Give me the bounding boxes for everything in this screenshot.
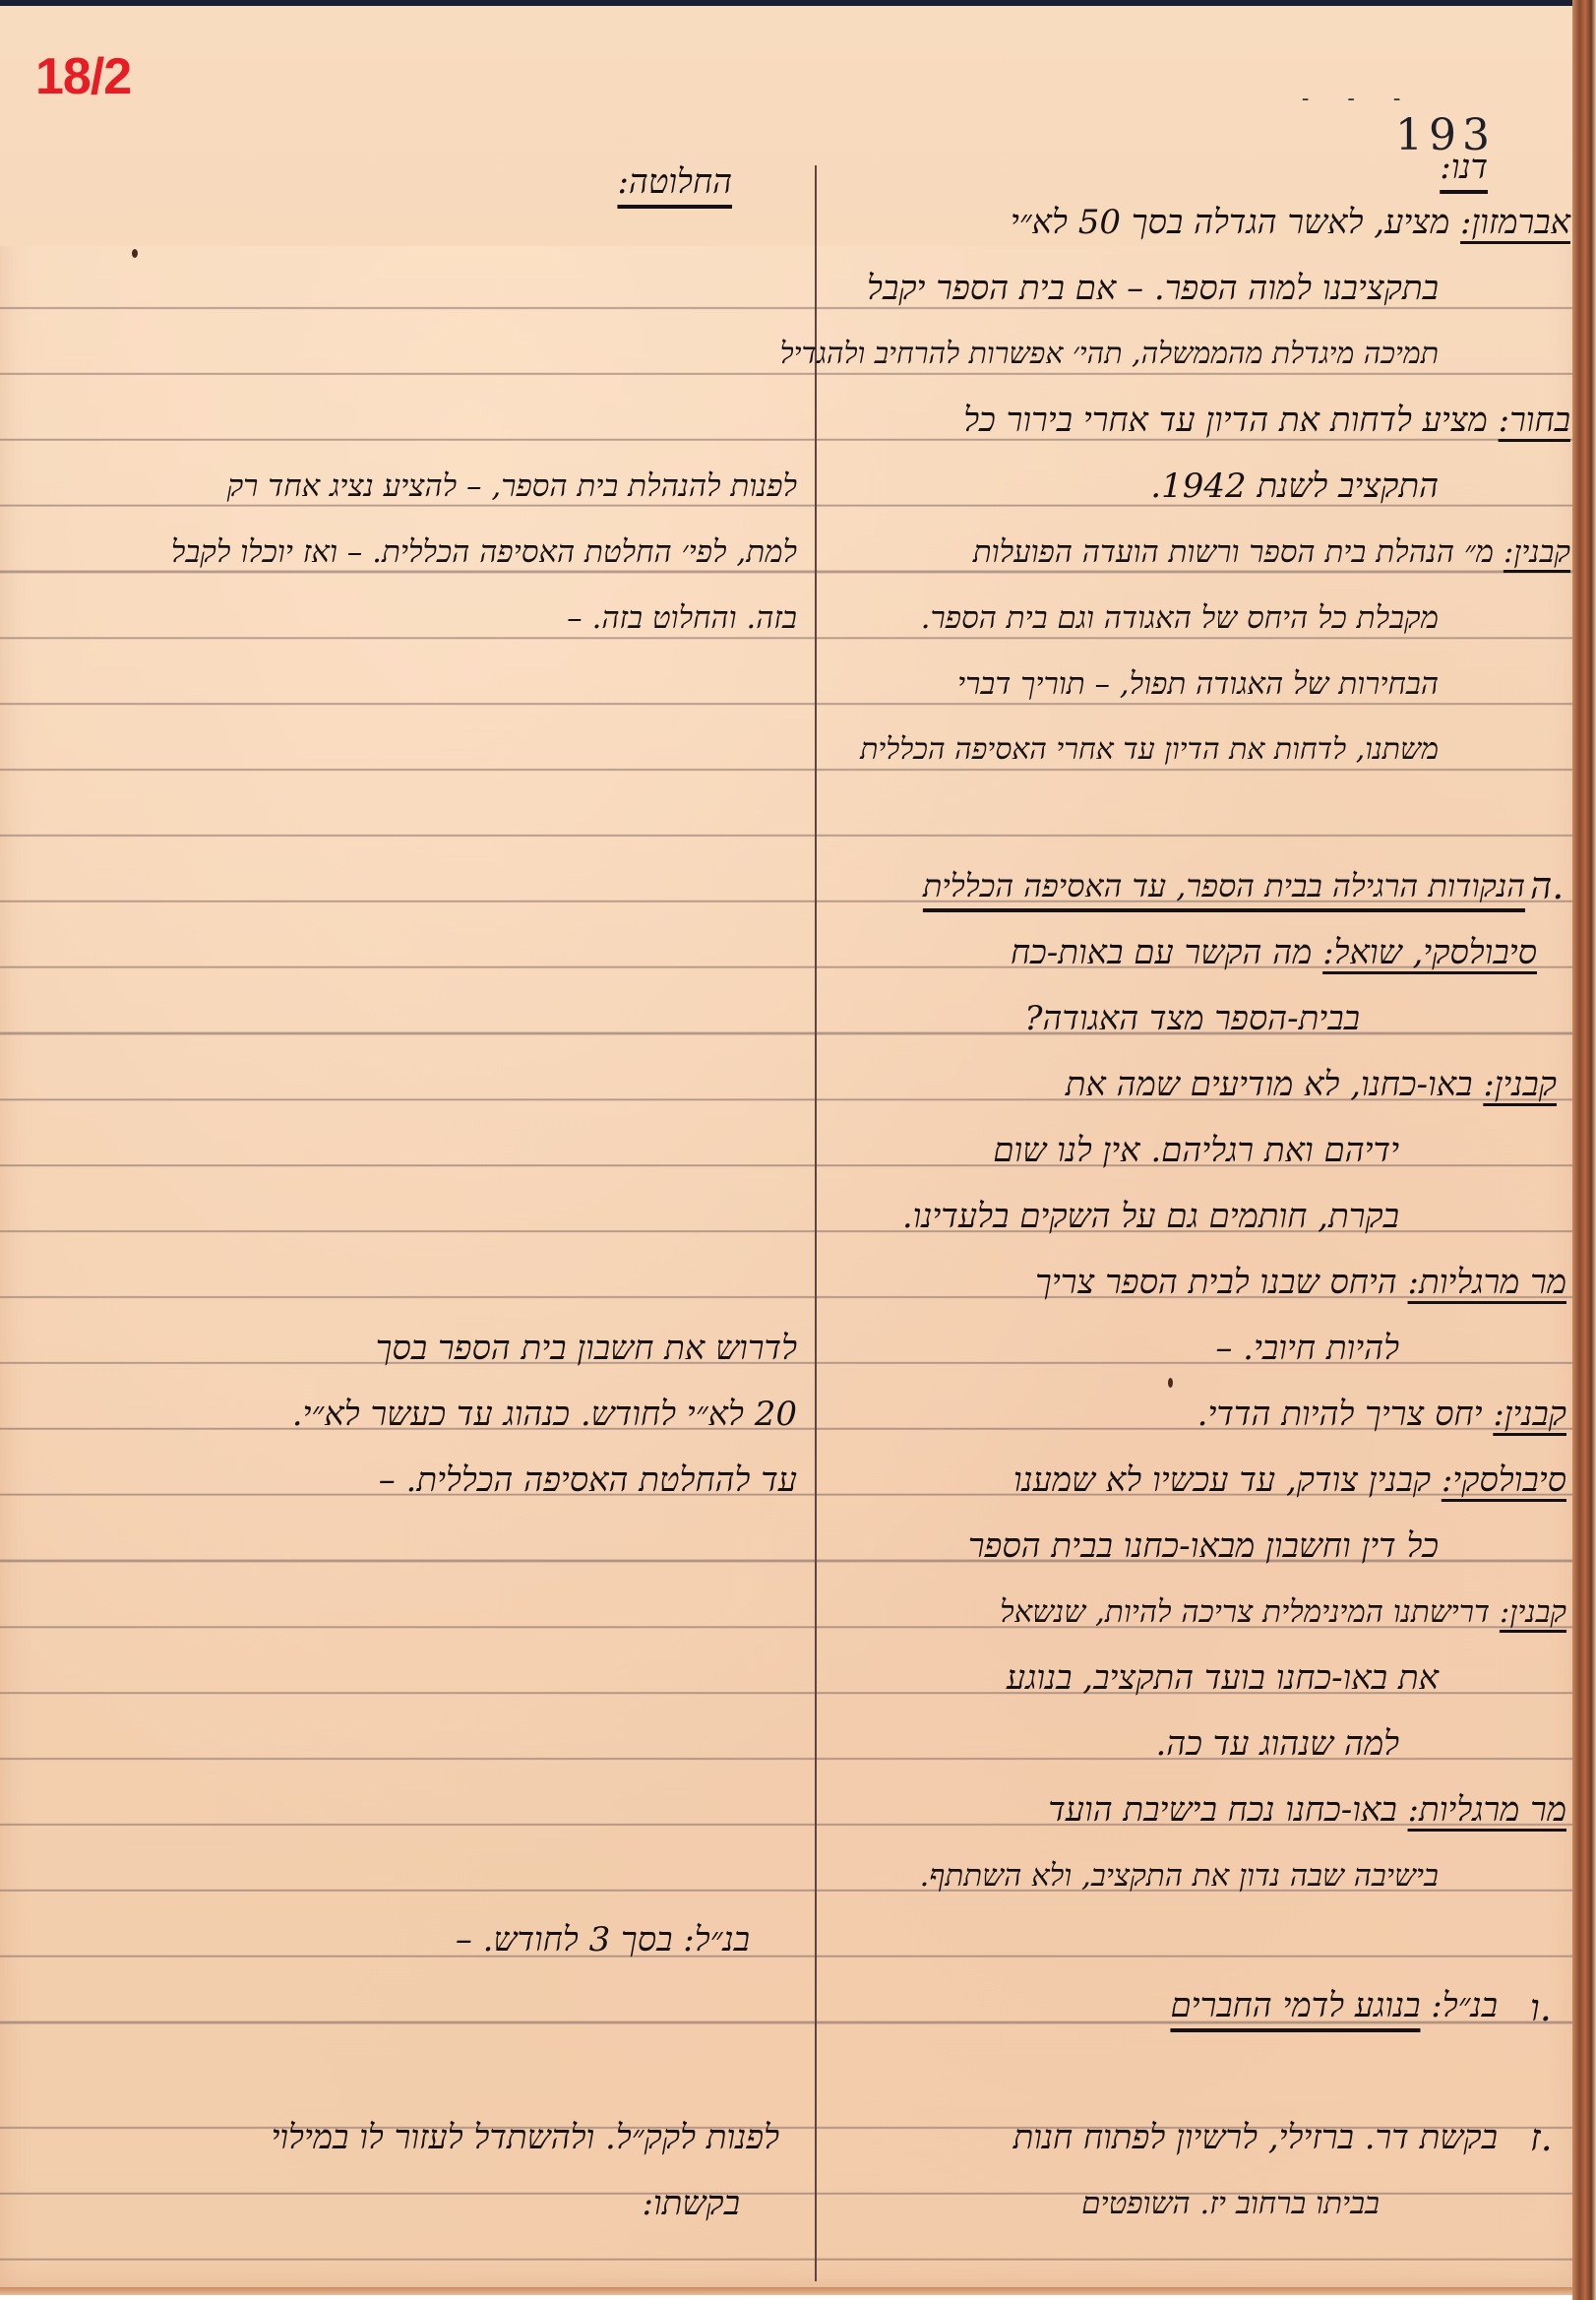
decision-line: בנ״ל: בסך 3 לחודש. – (456, 1920, 750, 1959)
minutes-line: בתקציבנו למוה הספר. – אם בית הספר יקבל (867, 269, 1439, 308)
minutes-line: בקשת דר. ברזילי, לרשיון לפתוח חנות (1013, 2118, 1498, 2157)
line-text: תמיכה מיגדלת מהממשלה, תהי׳ אפשרות להרחיב… (780, 337, 1439, 371)
line-text: מה הקשר עם באות-כח (1011, 933, 1312, 972)
line-text: יחס צריך להיות הדדי. (1197, 1395, 1483, 1434)
speaker-name: מר מרגליות: (1408, 1263, 1566, 1302)
minutes-line: להיות חיובי. – (1215, 1329, 1399, 1368)
decision-line: בזה. והחלוט בזה. – (567, 598, 797, 638)
minutes-line: תמיכה מיגדלת מהממשלה, תהי׳ אפשרות להרחיב… (780, 335, 1439, 374)
minutes-line: קבנין: יחס צריך להיות הדדי. (1197, 1395, 1566, 1434)
minutes-line: סיבולסקי, שואל: מה הקשר עם באות-כח (1011, 933, 1537, 972)
minutes-line: קבנין: באו-כחנו, לא מודיעים שמה את (1066, 1065, 1557, 1104)
speaker-name: סיבולסקי, שואל: (1322, 933, 1537, 972)
minutes-line: מקבלת כל היחס של האגודה וגם בית הספר. (921, 598, 1439, 638)
line-text: משתנו, לדחות את הדיון עד אחרי האסיפה הכל… (860, 732, 1439, 767)
archive-stamp-number: 18/2 (35, 47, 131, 106)
line-text: דרישתנו המינימלית צריכה להיות, שנשאל (1000, 1594, 1490, 1630)
speaker-name: קבנין: (1504, 534, 1570, 570)
line-text: בביתו ברחוב יז. השופטים (1081, 2186, 1380, 2221)
minutes-line: למה שנהוג עד כה. (1155, 1724, 1399, 1764)
speaker-name: קבנין: (1493, 1395, 1566, 1434)
minutes-line: ידיהם ואת רגליהם. אין לנו שום (993, 1131, 1399, 1170)
speaker-name: קבנין: (1483, 1065, 1557, 1104)
minutes-line: אברמזון: מציע, לאשר הגדלה בסך 50 לא״י (1011, 203, 1570, 242)
line-text: התקציב לשנת 1942. (1150, 466, 1439, 506)
minutes-line: מר מרגליות: היחס שבנו לבית הספר צריך (1035, 1263, 1566, 1302)
right-header-label: דנו: (1440, 148, 1488, 187)
speaker-name: אברמזון: (1460, 203, 1570, 242)
line-text: ידיהם ואת רגליהם. אין לנו שום (993, 1131, 1399, 1170)
line-text: הבחירות של האגודה תפול, – תוריך דברי (957, 666, 1439, 702)
item-number-7: ז. (1530, 2116, 1553, 2160)
line-text: באו-כחנו, לא מודיעים שמה את (1066, 1065, 1473, 1104)
left-header-label: החלוטה: (617, 162, 732, 202)
line-text: היחס שבנו לבית הספר צריך (1035, 1263, 1397, 1302)
decision-line: לפנות לקק״ל. ולהשתדל לעזור לו במילוי (271, 2118, 779, 2157)
line-text: בבית-הספר מצד האגודה? (1024, 999, 1360, 1038)
decision-line: למת, לפי׳ החלטת האסיפה הכללית. – ואז יוכ… (171, 532, 797, 572)
page-bottom-edge (0, 2287, 1580, 2295)
column-divider (815, 165, 817, 2281)
minutes-line: כל דין וחשבון מבאו-כחנו בבית הספר (968, 1526, 1439, 1566)
top-dashes: - - - (1299, 87, 1413, 111)
line-text: באו-כחנו נכח בישיבת הועד (1048, 1790, 1397, 1830)
line-text: קבנין צודק, עד עכשיו לא שמענו (1013, 1461, 1431, 1500)
decision-line: בקשתו: (642, 2184, 740, 2223)
minutes-line: בישיבה שבה נדון את התקציב, ולא השתתף. (919, 1856, 1439, 1896)
line-text: כל דין וחשבון מבאו-כחנו בבית הספר (968, 1526, 1439, 1566)
minutes-line: מר מרגליות: באו-כחנו נכח בישיבת הועד (1048, 1790, 1566, 1830)
minutes-line: בקרת, חותמים גם על השקים בלעדינו. (902, 1197, 1399, 1236)
line-text: מציע, לאשר הגדלה בסך 50 לא״י (1011, 203, 1449, 242)
line-text: בתקציבנו למוה הספר. – אם בית הספר יקבל (867, 269, 1439, 308)
minutes-line: בביתו ברחוב יז. השופטים (1081, 2184, 1380, 2223)
line-text: מציע לדחות את הדיון עד אחרי בירור כל (963, 401, 1488, 440)
minutes-line: את באו-כחנו בועד התקציב, בנוגע (1007, 1658, 1439, 1698)
minutes-line: התקציב לשנת 1942. (1150, 466, 1439, 506)
speaker-name: בחור: (1499, 401, 1570, 440)
speaker-name: מר מרגליות: (1408, 1790, 1566, 1830)
minutes-line: משתנו, לדחות את הדיון עד אחרי האסיפה הכל… (860, 730, 1439, 770)
line-text: בישיבה שבה נדון את התקציב, ולא השתתף. (919, 1858, 1439, 1894)
item-number-6: ו. (1530, 1986, 1552, 2030)
item-5-title: הנקודות הרגילה בבית הספר, עד האסיפה הכלל… (923, 866, 1525, 905)
minutes-line: בחור: מציע לדחות את הדיון עד אחרי בירור … (963, 401, 1570, 440)
line-text: את באו-כחנו בועד התקציב, בנוגע (1007, 1658, 1439, 1698)
book-binding (1572, 0, 1596, 2300)
speaker-name: סיבולסקי: (1442, 1461, 1566, 1500)
speaker-name: בנ״ל: (1431, 1986, 1498, 2025)
item-6-heading: בנ״ל: בנוגע לדמי החברים (1170, 1986, 1498, 2025)
ink-spot (132, 249, 138, 258)
ink-spot (1168, 1378, 1173, 1388)
decision-line: 20 לא״י לחודש. כנהוג עד כעשר לא״י. (292, 1395, 797, 1434)
minutes-line: סיבולסקי: קבנין צודק, עד עכשיו לא שמענו (1013, 1461, 1566, 1500)
line-text: בקרת, חותמים גם על השקים בלעדינו. (902, 1197, 1399, 1236)
minutes-line: קבנין: דרישתנו המינימלית צריכה להיות, שנ… (1000, 1592, 1566, 1632)
minutes-line: בבית-הספר מצד האגודה? (1024, 999, 1360, 1038)
decision-line: לדרוש את חשבון בית הספר בסך (376, 1329, 797, 1368)
minutes-line: קבנין: מ״ הנהלת בית הספר ורשות הועדה הפו… (973, 532, 1570, 572)
line-text: מ״ הנהלת בית הספר ורשות הועדה הפועלות (973, 534, 1494, 570)
line-text: למה שנהוג עד כה. (1155, 1724, 1399, 1764)
line-text: בקשת דר. ברזילי, לרשיון לפתוח חנות (1013, 2118, 1498, 2157)
decision-line: לפנות להנהלת בית הספר, – להציע נציג אחד … (227, 466, 797, 506)
minutes-line: הבחירות של האגודה תפול, – תוריך דברי (957, 664, 1439, 704)
speaker-name: קבנין: (1500, 1594, 1566, 1630)
line-text: להיות חיובי. – (1215, 1329, 1399, 1368)
line-text: מקבלת כל היחס של האגודה וגם בית הספר. (921, 600, 1439, 636)
decision-line: עד להחלטת האסיפה הכללית. – (379, 1461, 797, 1500)
item-6-title: בנוגע לדמי החברים (1170, 1986, 1420, 2025)
item-number-5: ה. (1530, 864, 1564, 908)
